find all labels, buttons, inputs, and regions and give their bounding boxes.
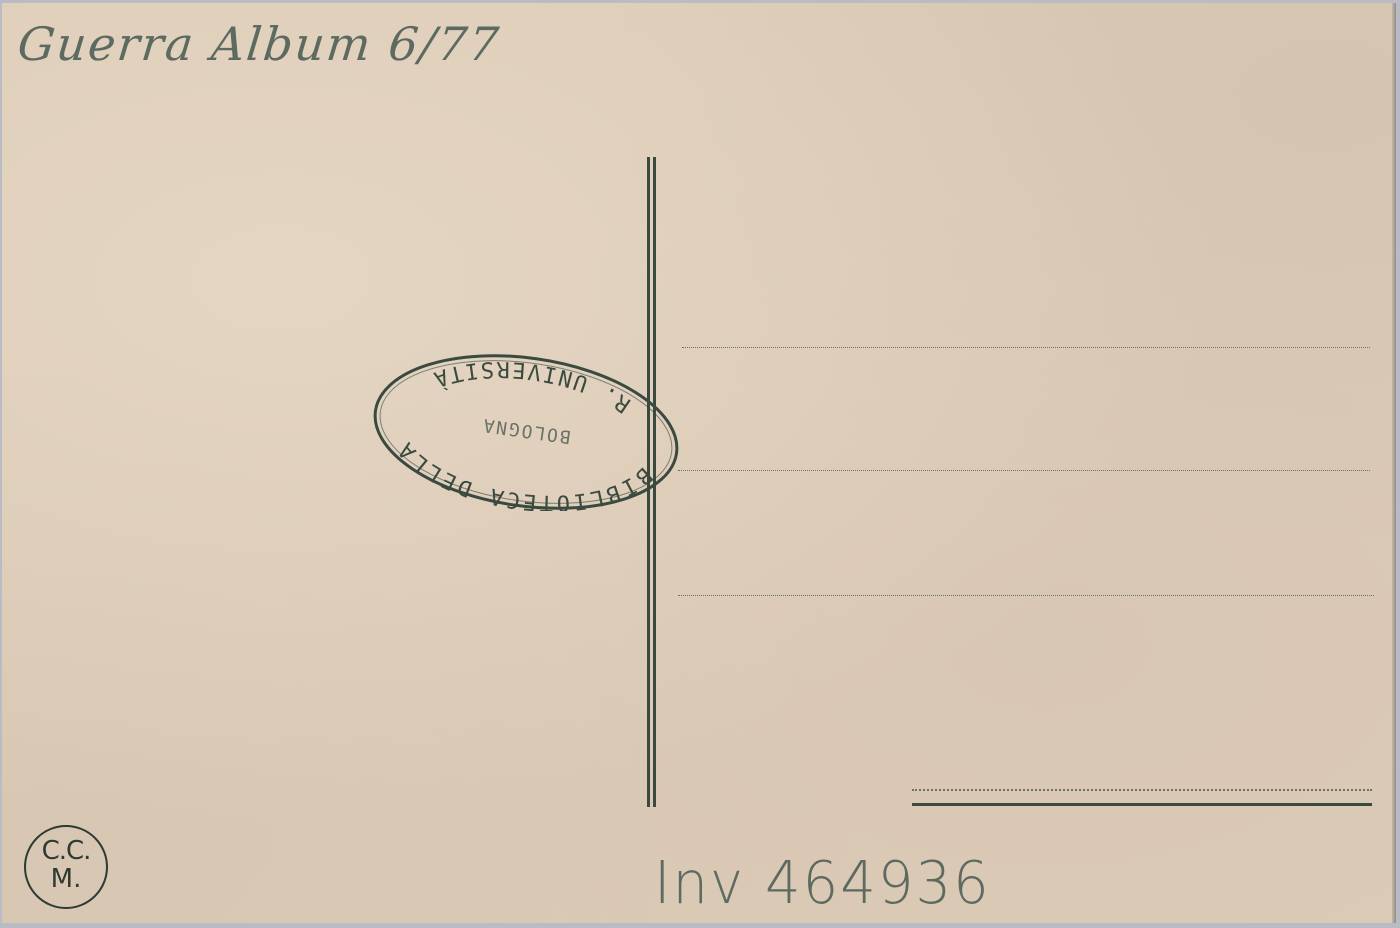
library-stamp-icon: BIBLIOTECA DELLA R. UNIVERSITÀ BOLOGNA [370,353,682,511]
svg-text:R. UNIVERSITÀ: R. UNIVERSITÀ [425,353,639,421]
handwritten-album-note: Guerra Album 6/77 [15,17,503,71]
footer-solid-line [912,803,1372,806]
postcard-back: Guerra Album 6/77 BIBLIOTECA DELLA R. UN… [2,3,1396,923]
card-edge [1392,3,1396,923]
handwritten-inventory-number: Inv 464936 [654,849,991,917]
logo-line-2: M. [26,865,106,893]
address-line-1 [682,347,1370,348]
footer-dotted-line [912,789,1372,791]
address-line-2 [678,470,1370,471]
publisher-logo-icon: C.C. M. [24,825,108,909]
svg-text:BOLOGNA: BOLOGNA [480,414,572,447]
address-line-3 [678,595,1374,596]
logo-line-1: C.C. [26,837,106,865]
